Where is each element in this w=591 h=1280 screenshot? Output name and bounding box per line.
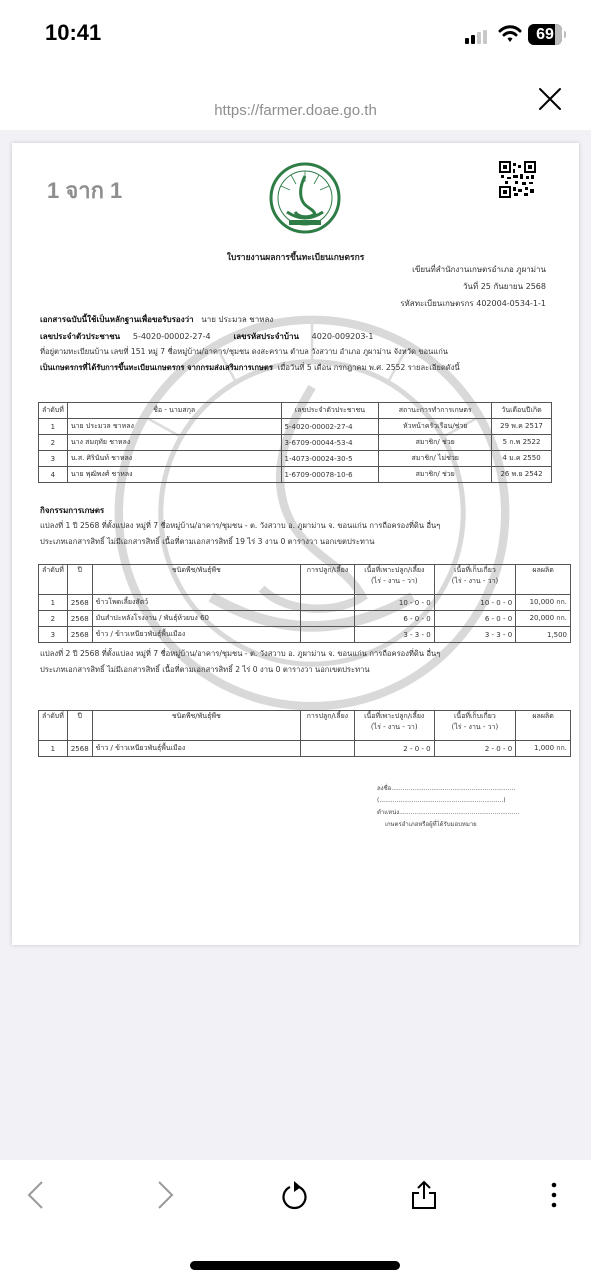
crop-year: 2568 [67,595,92,611]
crop-row: 32568ข้าว / ข้าวเหนียวพันธุ์พื้นเมือง3 -… [39,627,571,643]
col-crop: ชนิดพืช/พันธุ์พืช [92,565,300,595]
plot-1-line-2: ประเภทเอกสารสิทธิ์ ไม่มีเอกสารสิทธิ์ เนื… [40,536,374,548]
col-method: การปลูก/เลี้ยง [301,565,355,595]
home-indicator[interactable] [190,1261,400,1270]
crop-yield: 1,000 กก. [516,741,571,757]
id-line: เลขประจำตัวประชาชน 5-4020-00002-27-4 เลข… [40,330,373,343]
crop-type: มันสำปะหลังโรงงาน / พันธุ์ห้วยบง 60 [92,611,300,627]
browser-header: https://farmer.doae.go.th [0,70,591,130]
pdf-viewer[interactable]: 1 จาก 1 [0,130,591,1160]
plot-2-line-1: แปลงที่ 2 ปี 2568 ที่ตั้งแปลง หมู่ที่ 7 … [40,648,440,660]
col-birth: วันเดือนปีเกิด [492,403,552,419]
member-no: 1 [39,419,68,435]
crop-harvest-area: 2 - 0 - 0 [434,741,516,757]
forward-icon [154,1179,176,1211]
plot-2-line-2: ประเภทเอกสารสิทธิ์ ไม่มีเอกสารสิทธิ์ เนื… [40,664,370,676]
member-birthdate: 4 ม.ค 2550 [492,451,552,467]
col-status: สถานะการทำการเกษตร [379,403,492,419]
signature-block: ลงชื่อ..................................… [377,783,519,831]
col-crop: ชนิดพืช/พันธุ์พืช [92,711,300,741]
member-birthdate: 29 พ.ค 2517 [492,419,552,435]
member-status: สมาชิก/ ช่วย [379,467,492,483]
member-birthdate: 26 พ.ย 2542 [492,467,552,483]
crop-no: 3 [39,627,68,643]
status-time: 10:41 [45,20,101,46]
member-name: นาง สมฤทัย ชาหลง [67,435,281,451]
member-name: นาย พุฒิพงศ์ ชาหลง [67,467,281,483]
member-status: สมาชิก/ ช่วย [379,435,492,451]
doae-logo-icon [269,162,341,234]
url-label[interactable]: https://farmer.doae.go.th [0,102,591,119]
plot-1-crop-table: ลำดับที่ ปี ชนิดพืช/พันธุ์พืช การปลูก/เล… [38,564,571,643]
crop-planted-area: 2 - 0 - 0 [354,741,434,757]
battery-level: 69 [536,26,554,44]
page-indicator: 1 จาก 1 [47,173,122,208]
member-no: 4 [39,467,68,483]
back-button[interactable] [16,1175,56,1215]
col-planted-area: เนื้อที่เพาะปลูก/เลี้ยง(ไร่ - งาน - วา) [354,711,434,741]
crop-type: ข้าวโพดเลี้ยงสัตว์ [92,595,300,611]
col-harvest-area: เนื้อที่เก็บเกี่ยว(ไร่ - งาน - วา) [434,711,516,741]
planted-area-unit: (ไร่ - งาน - วา) [358,722,431,733]
reload-button[interactable] [275,1175,315,1215]
signature-name-line: (.......................................… [377,795,519,807]
member-name: นาย ประมวล ชาหลง [67,419,281,435]
harvest-area-unit: (ไร่ - งาน - วา) [438,576,512,587]
crop-method [301,611,355,627]
harvest-area-unit: (ไร่ - งาน - วา) [438,722,513,733]
id-value: 5-4020-00002-27-4 [133,332,211,341]
signature-position-line: ตำแหน่ง.................................… [377,807,519,819]
house-id-value: 4020-009203-1 [312,332,374,341]
crop-row: 12568ข้าวโพดเลี้ยงสัตว์10 - 0 - 010 - 0 … [39,595,571,611]
member-id: 3-6709-00044-53-4 [281,435,379,451]
planted-area-label: เนื้อที่เพาะปลูก/เลี้ยง [358,711,431,722]
status-bar: 10:41 69 [0,0,591,70]
crop-type: ข้าว / ข้าวเหนียวพันธุ์พื้นเมือง [92,627,300,643]
share-icon [410,1179,438,1211]
member-row: 2นาง สมฤทัย ชาหลง3-6709-00044-53-4สมาชิก… [39,435,552,451]
pdf-page: 1 จาก 1 [12,143,579,945]
crop-no: 1 [39,595,68,611]
certify-name: นาย ประมวล ชาหลง [201,315,273,324]
id-label: เลขประจำตัวประชาชน [40,332,120,341]
col-no: ลำดับที่ [39,565,68,595]
registered-label: เป็นเกษตรกรที่ได้รับการขึ้นทะเบียนเกษตรก… [40,363,273,372]
col-name: ชื่อ - นามสกุล [67,403,281,419]
col-yield: ผลผลิต [516,711,571,741]
crop-yield: 1,500 [516,627,571,643]
crop-no: 2 [39,611,68,627]
certify-label: เอกสารฉบับนี้ใช้เป็นหลักฐานเพื่อขอรับรอง… [40,315,194,324]
crop-method [301,627,355,643]
forward-button[interactable] [145,1175,185,1215]
members-table: ลำดับที่ ชื่อ - นามสกุล เลขประจำตัวประชา… [38,402,552,483]
wifi-icon [498,23,522,45]
col-yield: ผลผลิต [516,565,571,595]
crop-planted-area: 10 - 0 - 0 [354,595,434,611]
crop-planted-area: 6 - 0 - 0 [354,611,434,627]
member-row: 3น.ส. ศิรินันท์ ชาหลง1-4073-00024-30-5สม… [39,451,552,467]
battery-icon: 69 [528,24,562,45]
col-year: ปี [67,565,92,595]
registration-code: รหัสทะเบียนเกษตรกร 402004-0534-1-1 [400,296,546,312]
battery-nub [564,31,566,38]
member-birthdate: 5 ก.พ 2522 [492,435,552,451]
crop-year: 2568 [67,627,92,643]
signature-role: เกษตรอำเภอหรือผู้ที่ได้รับมอบหมาย [377,819,519,831]
crop-harvest-area: 10 - 0 - 0 [434,595,515,611]
cellular-signal-icon [465,30,489,44]
member-name: น.ส. ศิรินันท์ ชาหลง [67,451,281,467]
written-at: เขียนที่สำนักงานเกษตรอำเภอ ภูผาม่าน [412,262,546,278]
member-row: 4นาย พุฒิพงศ์ ชาหลง1-6709-00078-10-6สมาช… [39,467,552,483]
qr-code-icon[interactable] [499,161,536,198]
registered-detail: เมื่อวันที่ 5 เดือน กรกฎาคม พ.ศ. 2552 รา… [278,363,460,372]
back-icon [25,1179,47,1211]
document-date: วันที่ 25 กันยายน 2568 [463,279,546,295]
member-id: 1-4073-00024-30-5 [281,451,379,467]
address-line: ที่อยู่ตามทะเบียนบ้าน เลขที่ 151 หมู่ 7 … [40,346,448,358]
member-row: 1นาย ประมวล ชาหลง5-4020-00002-27-4หัวหน้… [39,419,552,435]
col-id: เลขประจำตัวประชาชน [281,403,379,419]
crop-no: 1 [39,741,68,757]
member-id: 5-4020-00002-27-4 [281,419,379,435]
harvest-area-label: เนื้อที่เก็บเกี่ยว [438,711,513,722]
planted-area-unit: (ไร่ - งาน - วา) [358,576,431,587]
crop-year: 2568 [67,611,92,627]
col-method: การปลูก/เลี้ยง [300,711,354,741]
col-year: ปี [67,711,92,741]
share-button[interactable] [404,1175,444,1215]
crop-year: 2568 [67,741,92,757]
signature-line: ลงชื่อ..................................… [377,783,519,795]
member-status: สมาชิก/ ไม่ช่วย [379,451,492,467]
crop-row: 22568มันสำปะหลังโรงงาน / พันธุ์ห้วยบง 60… [39,611,571,627]
col-planted-area: เนื้อที่เพาะปลูก/เลี้ยง(ไร่ - งาน - วา) [354,565,434,595]
crop-yield: 10,000 กก. [516,595,571,611]
house-id-label: เลขรหัสประจำบ้าน [233,332,298,341]
close-icon[interactable] [537,86,563,112]
crop-planted-area: 3 - 3 - 0 [354,627,434,643]
crop-method [300,741,354,757]
member-status: หัวหน้าครัวเรือน/ช่วย [379,419,492,435]
more-icon [549,1179,559,1211]
col-harvest-area: เนื้อที่เก็บเกี่ยว(ไร่ - งาน - วา) [434,565,515,595]
planted-area-label: เนื้อที่เพาะปลูก/เลี้ยง [358,565,431,576]
crop-harvest-area: 3 - 3 - 0 [434,627,515,643]
crop-method [301,595,355,611]
plot-2-crop-table: ลำดับที่ ปี ชนิดพืช/พันธุ์พืช การปลูก/เล… [38,710,571,757]
harvest-area-label: เนื้อที่เก็บเกี่ยว [438,565,512,576]
more-button[interactable] [534,1175,574,1215]
crop-type: ข้าว / ข้าวเหนียวพันธุ์พื้นเมือง [92,741,300,757]
reload-icon [280,1179,310,1211]
member-no: 3 [39,451,68,467]
certify-line: เอกสารฉบับนี้ใช้เป็นหลักฐานเพื่อขอรับรอง… [40,313,273,326]
activities-heading: กิจกรรมการเกษตร [40,504,104,517]
crop-yield: 20,000 กก. [516,611,571,627]
member-id: 1-6709-00078-10-6 [281,467,379,483]
member-no: 2 [39,435,68,451]
crop-harvest-area: 6 - 0 - 0 [434,611,515,627]
col-no: ลำดับที่ [39,711,68,741]
col-no: ลำดับที่ [39,403,68,419]
plot-1-line-1: แปลงที่ 1 ปี 2568 ที่ตั้งแปลง หมู่ที่ 7 … [40,520,440,532]
crop-row: 12568ข้าว / ข้าวเหนียวพันธุ์พื้นเมือง2 -… [39,741,571,757]
registered-line: เป็นเกษตรกรที่ได้รับการขึ้นทะเบียนเกษตรก… [40,362,460,374]
